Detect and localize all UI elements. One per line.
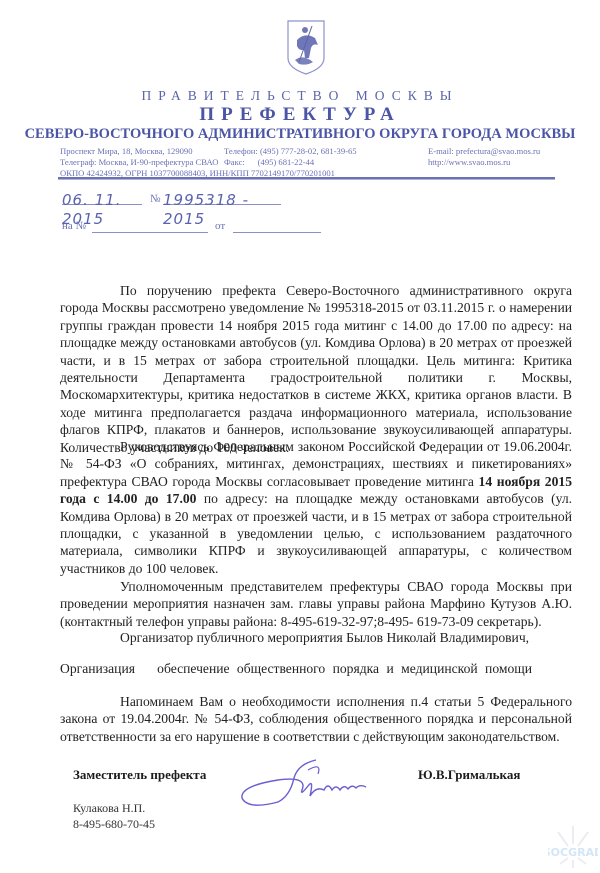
paragraph-organization: Организация обеспечение общественного по…: [60, 660, 572, 677]
paragraph-representative: Уполномоченным представителем префектуры…: [60, 578, 572, 630]
reply-number-line: [92, 219, 208, 233]
contact-web-block: E-mail: prefectura@svao.mos.ru http://ww…: [428, 146, 540, 168]
date-line: 06. 11. 2015: [62, 191, 142, 205]
paragraph-reminder: Напоминаем Вам о необходимости исполнени…: [60, 693, 572, 745]
prefecture-title: ПРЕФЕКТУРА: [0, 104, 600, 126]
phone: Телефон: (495) 777-28-02, 681-39-65: [224, 146, 357, 157]
executor-block: Кулакова Н.П. 8-495-680-70-45: [73, 800, 155, 832]
executor-name: Кулакова Н.П.: [73, 800, 155, 816]
number-line: 1995318 - 2015: [163, 191, 281, 205]
reply-date-line: [233, 219, 321, 233]
email-link[interactable]: E-mail: prefectura@svao.mos.ru: [428, 146, 540, 157]
fax: Факс: (495) 681-22-44: [224, 157, 357, 168]
from-label: от: [215, 220, 225, 232]
executor-phone: 8-495-680-70-45: [73, 816, 155, 832]
paragraph-organizer: Организатор публичного мероприятия Былов…: [60, 629, 572, 646]
socgrad-watermark-icon: SOCGRAD: [548, 824, 598, 870]
contact-phone-block: Телефон: (495) 777-28-02, 681-39-65 Факс…: [224, 146, 357, 168]
number-label: №: [150, 193, 161, 205]
signatory-position: Заместитель префекта: [73, 767, 206, 783]
letterhead-divider: [58, 177, 555, 180]
district-subtitle: СЕВЕРО-ВОСТОЧНОГО АДМИНИСТРАТИВНОГО ОКРУ…: [0, 126, 600, 143]
signatory-name: Ю.В.Грималькая: [418, 767, 520, 783]
government-heading: ПРАВИТЕЛЬСТВО МОСКВЫ: [0, 88, 600, 104]
handwritten-signature-icon: [238, 756, 388, 821]
website-link[interactable]: http://www.svao.mos.ru: [428, 157, 540, 168]
reply-label: на №: [62, 220, 86, 232]
svg-text:SOCGRAD: SOCGRAD: [548, 846, 598, 859]
moscow-coat-of-arms-icon: [285, 18, 327, 76]
paragraph-notification: По поручению префекта Северо-Восточного …: [60, 282, 572, 456]
paragraph-approval: Руководствуясь Федеральным законом Росси…: [60, 438, 572, 577]
